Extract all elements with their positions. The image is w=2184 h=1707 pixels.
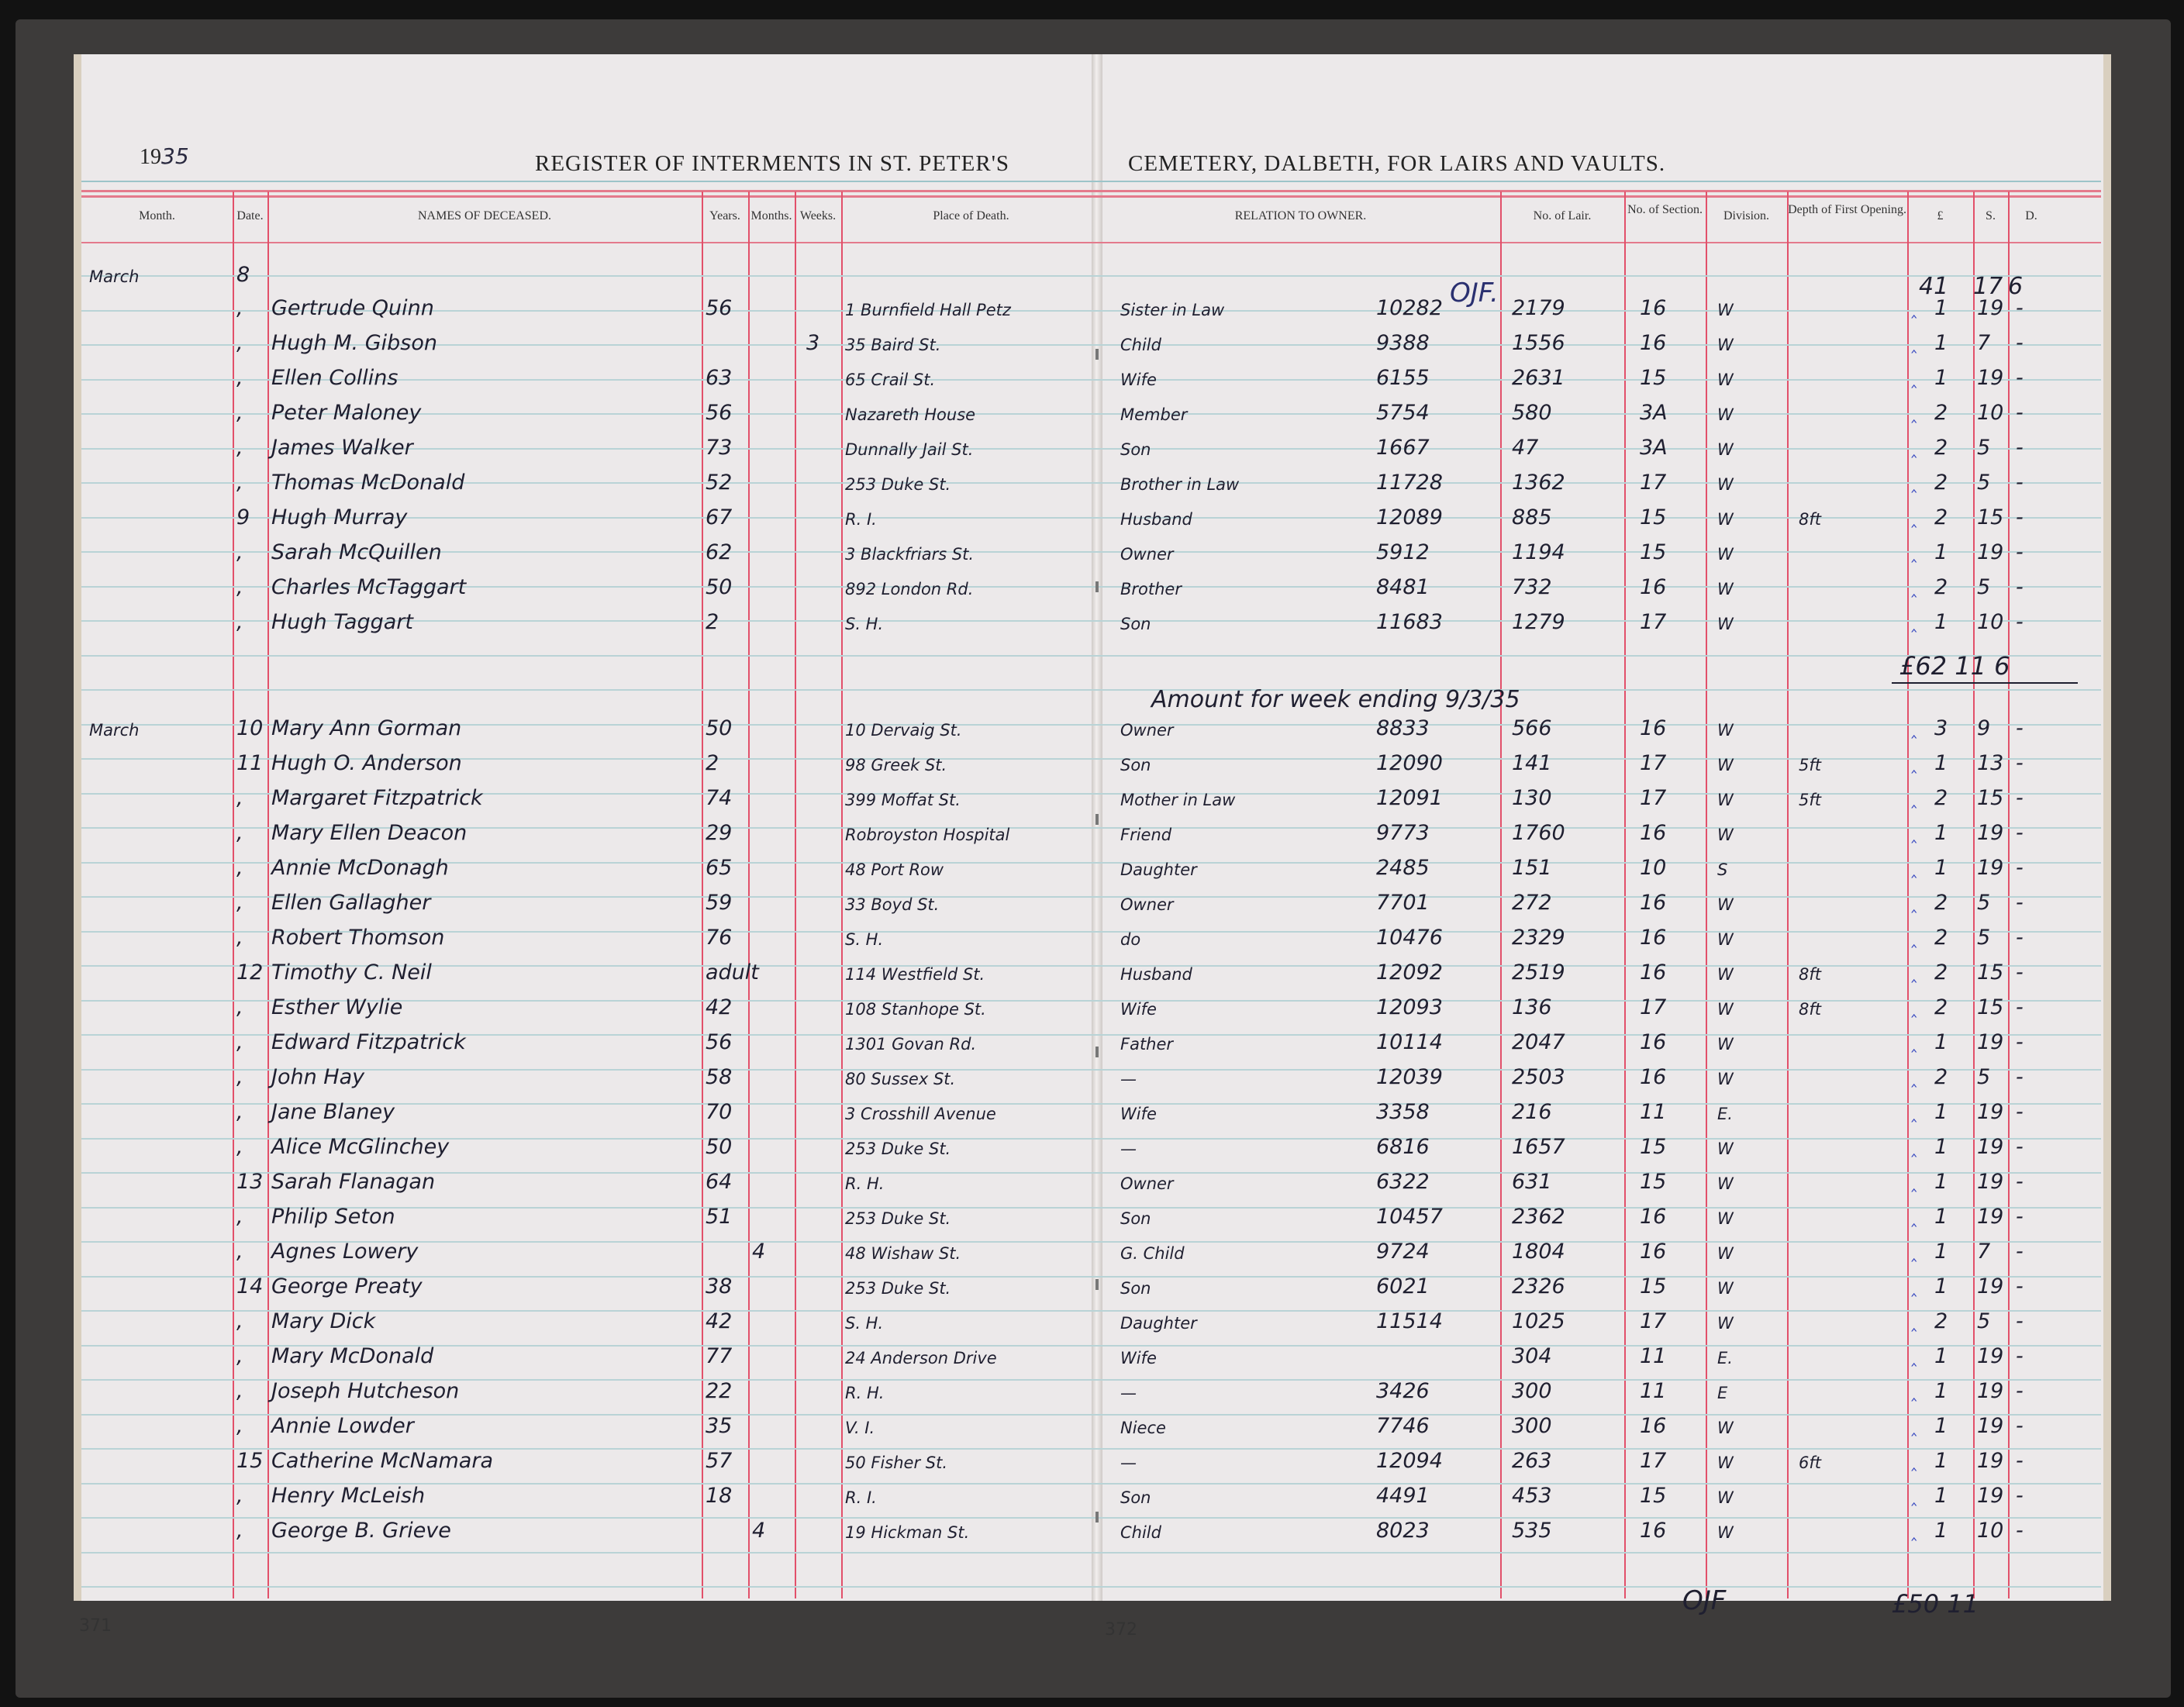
cell-relation: Owner	[1120, 545, 1174, 564]
cell-years: 38	[706, 1274, 732, 1298]
register-row: ,Mary Ellen Deacon29Robroyston HospitalF…	[0, 818, 2184, 852]
cell-pounds: 1	[1934, 1344, 1948, 1368]
cell-division: W	[1717, 475, 1734, 494]
cell-date: ,	[236, 856, 243, 880]
cell-name: Ellen Gallagher	[271, 891, 430, 915]
cell-month: March	[89, 721, 139, 740]
cell-pence: -	[2016, 1205, 2024, 1229]
cell-shillings: 19	[1977, 1379, 2003, 1403]
cell-name: Margaret Fitzpatrick	[271, 786, 483, 810]
cell-years: 67	[706, 505, 732, 529]
cell-pence: -	[2016, 1274, 2024, 1298]
cell-pounds: 3	[1934, 716, 1948, 740]
checkmark-icon: ‸	[1911, 1382, 1917, 1402]
cell-name: Robert Thomson	[271, 926, 444, 950]
checkmark-icon: ‸	[1911, 578, 1917, 598]
cell-owner-no: 6816	[1376, 1135, 1430, 1159]
cell-shillings: 5	[1977, 1309, 1990, 1333]
cell-owner-no: 7701	[1376, 891, 1430, 915]
cell-division: W	[1717, 1070, 1734, 1088]
cell-pounds: 1	[1934, 1170, 1948, 1194]
cell-division: W	[1717, 405, 1734, 424]
cell-name: Hugh M. Gibson	[271, 331, 437, 355]
brought-forward-shillings: 17	[1973, 273, 2003, 300]
cell-shillings: 13	[1977, 751, 2003, 775]
cell-owner-no: 8023	[1376, 1519, 1430, 1543]
ruled-line	[81, 1586, 2101, 1588]
cell-name: Jane Blaney	[271, 1100, 395, 1124]
column-header: S.	[1973, 209, 2008, 223]
register-row: ,Agnes Lowery448 Wishaw St.G. Child97241…	[0, 1236, 2184, 1271]
cell-pounds: 2	[1934, 995, 1948, 1019]
cell-shillings: 5	[1977, 891, 1990, 915]
cell-relation: Wife	[1120, 1000, 1157, 1019]
cell-owner-no: 12089	[1376, 505, 1443, 529]
cell-lair: 453	[1512, 1484, 1552, 1508]
cell-division: W	[1717, 756, 1734, 774]
cell-lair: 304	[1512, 1344, 1552, 1368]
cell-date: ,	[236, 926, 243, 950]
cell-years: 77	[706, 1344, 732, 1368]
cell-division: W	[1717, 1244, 1734, 1263]
cell-pounds: 1	[1934, 1240, 1948, 1264]
cell-relation: —	[1120, 1140, 1137, 1158]
cell-name: Philip Seton	[271, 1205, 395, 1229]
cell-owner-no: 8481	[1376, 575, 1430, 599]
column-header: No. of Lair.	[1500, 209, 1624, 223]
title-rule	[81, 181, 2101, 182]
cell-name: Thomas McDonald	[271, 471, 464, 495]
register-row: 11Hugh O. Anderson298 Greek St.Son120901…	[0, 748, 2184, 782]
cell-date: 9	[236, 505, 250, 529]
cell-name: Catherine McNamara	[271, 1449, 493, 1473]
cell-section: 16	[1640, 821, 1666, 845]
cell-division: W	[1717, 545, 1734, 564]
cell-name: Hugh O. Anderson	[271, 751, 462, 775]
cell-relation: Son	[1120, 615, 1151, 633]
cell-years: 58	[706, 1065, 732, 1089]
register-row: March10Mary Ann Gorman5010 Dervaig St.Ow…	[0, 713, 2184, 747]
cell-place: 50 Fisher St.	[845, 1454, 947, 1472]
cell-years: 42	[706, 995, 732, 1019]
cell-section: 16	[1640, 891, 1666, 915]
cell-pounds: 2	[1934, 960, 1948, 985]
cell-pence: -	[2016, 331, 2024, 355]
cell-lair: 2631	[1512, 366, 1565, 390]
cell-date: ,	[236, 366, 243, 390]
cell-owner-no: 11728	[1376, 471, 1443, 495]
cell-place: 253 Duke St.	[845, 1209, 951, 1228]
cell-relation: Son	[1120, 756, 1151, 774]
register-row: ,Peter Maloney56Nazareth HouseMember5754…	[0, 398, 2184, 432]
cell-lair: 885	[1512, 505, 1552, 529]
cell-lair: 1025	[1512, 1309, 1565, 1333]
cell-shillings: 15	[1977, 786, 2003, 810]
cell-shillings: 19	[1977, 1274, 2003, 1298]
register-year: 1935	[140, 143, 189, 170]
cell-name: Joseph Hutcheson	[271, 1379, 459, 1403]
cell-name: Alice McGlinchey	[271, 1135, 449, 1159]
cell-owner-no: 3358	[1376, 1100, 1430, 1124]
column-header: Month.	[81, 209, 233, 223]
cell-owner-no: 11514	[1376, 1309, 1443, 1333]
cell-relation: Son	[1120, 1209, 1151, 1228]
cell-pence: -	[2016, 540, 2024, 564]
cell-relation: Sister in Law	[1120, 301, 1224, 319]
register-row: ,Hugh M. Gibson335 Baird St.Child9388155…	[0, 328, 2184, 362]
cell-pounds: 2	[1934, 926, 1948, 950]
cell-years: 56	[706, 401, 732, 425]
cell-pounds: 1	[1934, 1205, 1948, 1229]
cell-place: 10 Dervaig St.	[845, 721, 962, 740]
cell-division: W	[1717, 1035, 1734, 1054]
cell-name: Ellen Collins	[271, 366, 398, 390]
checkmark-icon: ‸	[1911, 1208, 1917, 1227]
cell-name: Hugh Taggart	[271, 610, 413, 634]
cell-date: ,	[236, 1030, 243, 1054]
cell-years: 22	[706, 1379, 732, 1403]
cell-shillings: 19	[1977, 1170, 2003, 1194]
cell-pence: -	[2016, 1449, 2024, 1473]
column-header: Division.	[1706, 209, 1787, 223]
cell-depth: 5ft	[1799, 791, 1821, 809]
cell-date: 11	[236, 751, 263, 775]
cell-date: ,	[236, 575, 243, 599]
cell-division: W	[1717, 301, 1734, 319]
cell-date: ,	[236, 1519, 243, 1543]
cell-division: W	[1717, 1314, 1734, 1333]
cell-years: 62	[706, 540, 732, 564]
checkmark-icon: ‸	[1911, 754, 1917, 774]
cell-lair: 1804	[1512, 1240, 1565, 1264]
cell-owner-no: 7746	[1376, 1414, 1430, 1438]
cell-owner-no: 9388	[1376, 331, 1430, 355]
cell-years: 57	[706, 1449, 732, 1473]
cell-section: 16	[1640, 960, 1666, 985]
cell-years: 50	[706, 1135, 732, 1159]
cell-owner-no: 10457	[1376, 1205, 1443, 1229]
cell-owner-no: 10114	[1376, 1030, 1443, 1054]
cell-relation: Wife	[1120, 1105, 1157, 1123]
checkmark-icon: ‸	[1911, 894, 1917, 913]
cell-pence: -	[2016, 1065, 2024, 1089]
cell-section: 16	[1640, 296, 1666, 320]
cell-pence: -	[2016, 471, 2024, 495]
cell-pence: -	[2016, 1309, 2024, 1333]
cell-relation: Father	[1120, 1035, 1173, 1054]
cell-place: S. H.	[845, 930, 883, 949]
cell-lair: 2326	[1512, 1274, 1565, 1298]
register-row: March8	[0, 260, 2184, 294]
cell-relation: Mother in Law	[1120, 791, 1235, 809]
cell-pence: -	[2016, 960, 2024, 985]
cell-shillings: 15	[1977, 960, 2003, 985]
register-row: ,Esther Wylie42108 Stanhope St.Wife12093…	[0, 992, 2184, 1026]
cell-years: 2	[706, 751, 719, 775]
cell-date: ,	[236, 1344, 243, 1368]
cell-name: Timothy C. Neil	[271, 960, 432, 985]
week-ending-note: Amount for week ending 9/3/35	[1151, 686, 1520, 713]
checkmark-icon: ‸	[1911, 824, 1917, 843]
cell-lair: 141	[1512, 751, 1552, 775]
cell-pounds: 2	[1934, 786, 1948, 810]
cell-place: R. I.	[845, 1488, 877, 1507]
cell-pence: -	[2016, 995, 2024, 1019]
cell-section: 16	[1640, 926, 1666, 950]
brought-forward-initials: OJF.	[1450, 278, 1499, 309]
cell-place: 48 Wishaw St.	[845, 1244, 961, 1263]
cell-pence: -	[2016, 505, 2024, 529]
cell-pence: -	[2016, 1030, 2024, 1054]
cell-section: 16	[1640, 1030, 1666, 1054]
checkmark-icon: ‸	[1911, 1068, 1917, 1088]
register-row: 14George Preaty38253 Duke St.Son60212326…	[0, 1271, 2184, 1305]
register-row: ,James Walker73Dunnally Jail St.Son16674…	[0, 433, 2184, 467]
cell-pence: -	[2016, 1240, 2024, 1264]
cell-place: S. H.	[845, 615, 883, 633]
cell-name: Annie Lowder	[271, 1414, 414, 1438]
cell-division: W	[1717, 965, 1734, 984]
cell-date: ,	[236, 436, 243, 460]
cell-shillings: 5	[1977, 436, 1990, 460]
cell-shillings: 19	[1977, 1414, 2003, 1438]
cell-name: George Preaty	[271, 1274, 423, 1298]
cell-years: 65	[706, 856, 732, 880]
cell-date: 13	[236, 1170, 263, 1194]
checkmark-icon: ‸	[1911, 1243, 1917, 1262]
cell-shillings: 19	[1977, 1205, 2003, 1229]
cell-pounds: 1	[1934, 1379, 1948, 1403]
cell-owner-no: 12039	[1376, 1065, 1443, 1089]
checkmark-icon: ‸	[1911, 1033, 1917, 1053]
cell-pounds: 1	[1934, 1100, 1948, 1124]
cell-relation: Owner	[1120, 895, 1174, 914]
checkmark-icon: ‸	[1911, 334, 1917, 353]
cell-shillings: 19	[1977, 540, 2003, 564]
cell-section: 15	[1640, 366, 1666, 390]
cell-lair: 2503	[1512, 1065, 1565, 1089]
cell-month: March	[89, 267, 139, 286]
cell-lair: 2329	[1512, 926, 1565, 950]
checkmark-icon: ‸	[1911, 404, 1917, 423]
cell-place: 892 London Rd.	[845, 580, 973, 598]
cell-division: E.	[1717, 1349, 1733, 1367]
cell-division: W	[1717, 1488, 1734, 1507]
cell-place: 399 Moffat St.	[845, 791, 961, 809]
cell-section: 17	[1640, 1309, 1666, 1333]
cell-place: 80 Sussex St.	[845, 1070, 955, 1088]
cell-section: 3A	[1640, 401, 1668, 425]
cell-years: 74	[706, 786, 732, 810]
cell-relation: Child	[1120, 1523, 1161, 1542]
cell-pounds: 1	[1934, 1414, 1948, 1438]
cell-place: 253 Duke St.	[845, 1140, 951, 1158]
checkmark-icon: ‸	[1911, 613, 1917, 633]
cell-years: 64	[706, 1170, 732, 1194]
column-header: Weeks.	[795, 209, 841, 223]
cell-date: 10	[236, 716, 263, 740]
cell-years: 51	[706, 1205, 732, 1229]
footer-total: £50 11	[1892, 1589, 1979, 1619]
cell-place: V. I.	[845, 1419, 875, 1437]
cell-date: ,	[236, 1065, 243, 1089]
checkmark-icon: ‸	[1911, 1278, 1917, 1297]
register-row: ,Ellen Collins6365 Crail St.Wife61552631…	[0, 363, 2184, 397]
cell-shillings: 19	[1977, 821, 2003, 845]
register-row: ,Thomas McDonald52253 Duke St.Brother in…	[0, 467, 2184, 502]
cell-division: W	[1717, 510, 1734, 529]
cell-place: 253 Duke St.	[845, 1279, 951, 1298]
cell-division: W	[1717, 615, 1734, 633]
page-number-left: 371	[79, 1616, 112, 1636]
cell-division: W	[1717, 336, 1734, 354]
cell-section: 17	[1640, 610, 1666, 634]
cell-division: E.	[1717, 1105, 1733, 1123]
cell-shillings: 19	[1977, 1135, 2003, 1159]
cell-lair: 263	[1512, 1449, 1552, 1473]
checkmark-icon: ‸	[1911, 1522, 1917, 1541]
cell-place: 1 Burnfield Hall Petz	[845, 301, 1011, 319]
register-row: ,George B. Grieve419 Hickman St.Child802…	[0, 1516, 2184, 1550]
binding-stitch	[1095, 581, 1099, 592]
cell-section: 15	[1640, 505, 1666, 529]
cell-lair: 216	[1512, 1100, 1552, 1124]
cell-years: 73	[706, 436, 732, 460]
cell-lair: 1657	[1512, 1135, 1565, 1159]
register-row: ,Margaret Fitzpatrick74399 Moffat St.Mot…	[0, 783, 2184, 817]
cell-owner-no: 5754	[1376, 401, 1430, 425]
register-row: 13Sarah Flanagan64R. H.Owner632263115W11…	[0, 1167, 2184, 1201]
cell-lair: 130	[1512, 786, 1552, 810]
cell-shillings: 10	[1977, 401, 2003, 425]
cell-pounds: 1	[1934, 540, 1948, 564]
cell-owner-no: 5912	[1376, 540, 1430, 564]
checkmark-icon: ‸	[1911, 964, 1917, 983]
cell-date: ,	[236, 1414, 243, 1438]
cell-years: adult	[706, 960, 759, 985]
cell-shillings: 5	[1977, 471, 1990, 495]
register-row: ,Annie McDonagh6548 Port RowDaughter2485…	[0, 853, 2184, 887]
checkmark-icon: ‸	[1911, 509, 1917, 528]
ruled-line	[81, 1552, 2101, 1554]
header-top-rule-2	[81, 195, 2101, 198]
cell-owner-no: 10282	[1376, 296, 1443, 320]
cell-pounds: 2	[1934, 471, 1948, 495]
header-top-rule	[81, 190, 2101, 192]
cell-section: 17	[1640, 1449, 1666, 1473]
cell-pounds: 1	[1934, 751, 1948, 775]
cell-weeks: 3	[806, 331, 819, 355]
cell-name: James Walker	[271, 436, 413, 460]
binding-stitch	[1095, 1512, 1099, 1523]
cell-lair: 1362	[1512, 471, 1565, 495]
cell-place: 108 Stanhope St.	[845, 1000, 986, 1019]
cell-relation: Child	[1120, 336, 1161, 354]
cell-owner-no: 2485	[1376, 856, 1430, 880]
cell-lair: 535	[1512, 1519, 1552, 1543]
checkmark-icon: ‸	[1911, 1452, 1917, 1471]
register-row: ,Mary Dick42S. H.Daughter11514102517W25-…	[0, 1306, 2184, 1340]
cell-pence: -	[2016, 436, 2024, 460]
cell-lair: 566	[1512, 716, 1552, 740]
cell-owner-no: 12090	[1376, 751, 1443, 775]
cell-place: 3 Blackfriars St.	[845, 545, 974, 564]
cell-name: Peter Maloney	[271, 401, 421, 425]
cell-name: Charles McTaggart	[271, 575, 466, 599]
checkmark-icon: ‸	[1911, 789, 1917, 809]
column-header: Place of Death.	[841, 209, 1101, 223]
year-handwritten: 35	[161, 143, 189, 169]
cell-relation: Brother	[1120, 580, 1182, 598]
cell-place: 48 Port Row	[845, 860, 944, 879]
register-row: ,Philip Seton51253 Duke St.Son1045723621…	[0, 1202, 2184, 1236]
cell-owner-no: 6021	[1376, 1274, 1430, 1298]
column-header: RELATION TO OWNER.	[1101, 209, 1500, 223]
cell-shillings: 7	[1977, 331, 1990, 355]
register-row: ,Henry McLeish18R. I.Son449145315W119-‸	[0, 1481, 2184, 1515]
cell-section: 15	[1640, 1135, 1666, 1159]
column-header: No. of Section.	[1624, 203, 1706, 217]
cell-relation: Niece	[1120, 1419, 1166, 1437]
cell-shillings: 5	[1977, 926, 1990, 950]
cell-lair: 1556	[1512, 331, 1565, 355]
cell-owner-no: 12093	[1376, 995, 1443, 1019]
checkmark-icon: ‸	[1911, 998, 1917, 1018]
cell-owner-no: 4491	[1376, 1484, 1430, 1508]
cell-pence: -	[2016, 1170, 2024, 1194]
cell-depth: 8ft	[1799, 1000, 1821, 1019]
checkmark-icon: ‸	[1911, 439, 1917, 458]
cell-date: ,	[236, 1135, 243, 1159]
column-header: D.	[2008, 209, 2055, 223]
cell-shillings: 19	[1977, 1344, 2003, 1368]
cell-division: W	[1717, 440, 1734, 459]
cell-place: 19 Hickman St.	[845, 1523, 969, 1542]
column-header: Depth of First Opening.	[1787, 203, 1907, 217]
register-row: ,Edward Fitzpatrick561301 Govan Rd.Fathe…	[0, 1027, 2184, 1061]
cell-pence: -	[2016, 575, 2024, 599]
cell-pounds: 1	[1934, 1449, 1948, 1473]
binding-stitch	[1095, 1047, 1099, 1057]
cell-depth: 8ft	[1799, 510, 1821, 529]
cell-section: 11	[1640, 1379, 1666, 1403]
cell-pence: -	[2016, 821, 2024, 845]
cell-pounds: 2	[1934, 436, 1948, 460]
cell-place: Dunnally Jail St.	[845, 440, 973, 459]
brought-forward-pence: 6	[2008, 273, 2023, 300]
cell-shillings: 19	[1977, 1100, 2003, 1124]
cell-division: S	[1717, 860, 1727, 879]
year-printed: 19	[140, 145, 161, 169]
cell-pounds: 2	[1934, 505, 1948, 529]
cell-pence: -	[2016, 856, 2024, 880]
cell-place: S. H.	[845, 1314, 883, 1333]
cell-depth: 6ft	[1799, 1454, 1821, 1472]
cell-date: ,	[236, 296, 243, 320]
cell-years: 59	[706, 891, 732, 915]
cell-date: ,	[236, 1240, 243, 1264]
cell-shillings: 10	[1977, 1519, 2003, 1543]
cell-pounds: 1	[1934, 1274, 1948, 1298]
cell-lair: 2047	[1512, 1030, 1565, 1054]
cell-place: 114 Westfield St.	[845, 965, 985, 984]
cell-place: 98 Greek St.	[845, 756, 947, 774]
cell-section: 16	[1640, 1414, 1666, 1438]
cell-owner-no: 8833	[1376, 716, 1430, 740]
cell-pence: -	[2016, 1100, 2024, 1124]
cell-months: 4	[752, 1519, 765, 1543]
cell-years: 50	[706, 716, 732, 740]
